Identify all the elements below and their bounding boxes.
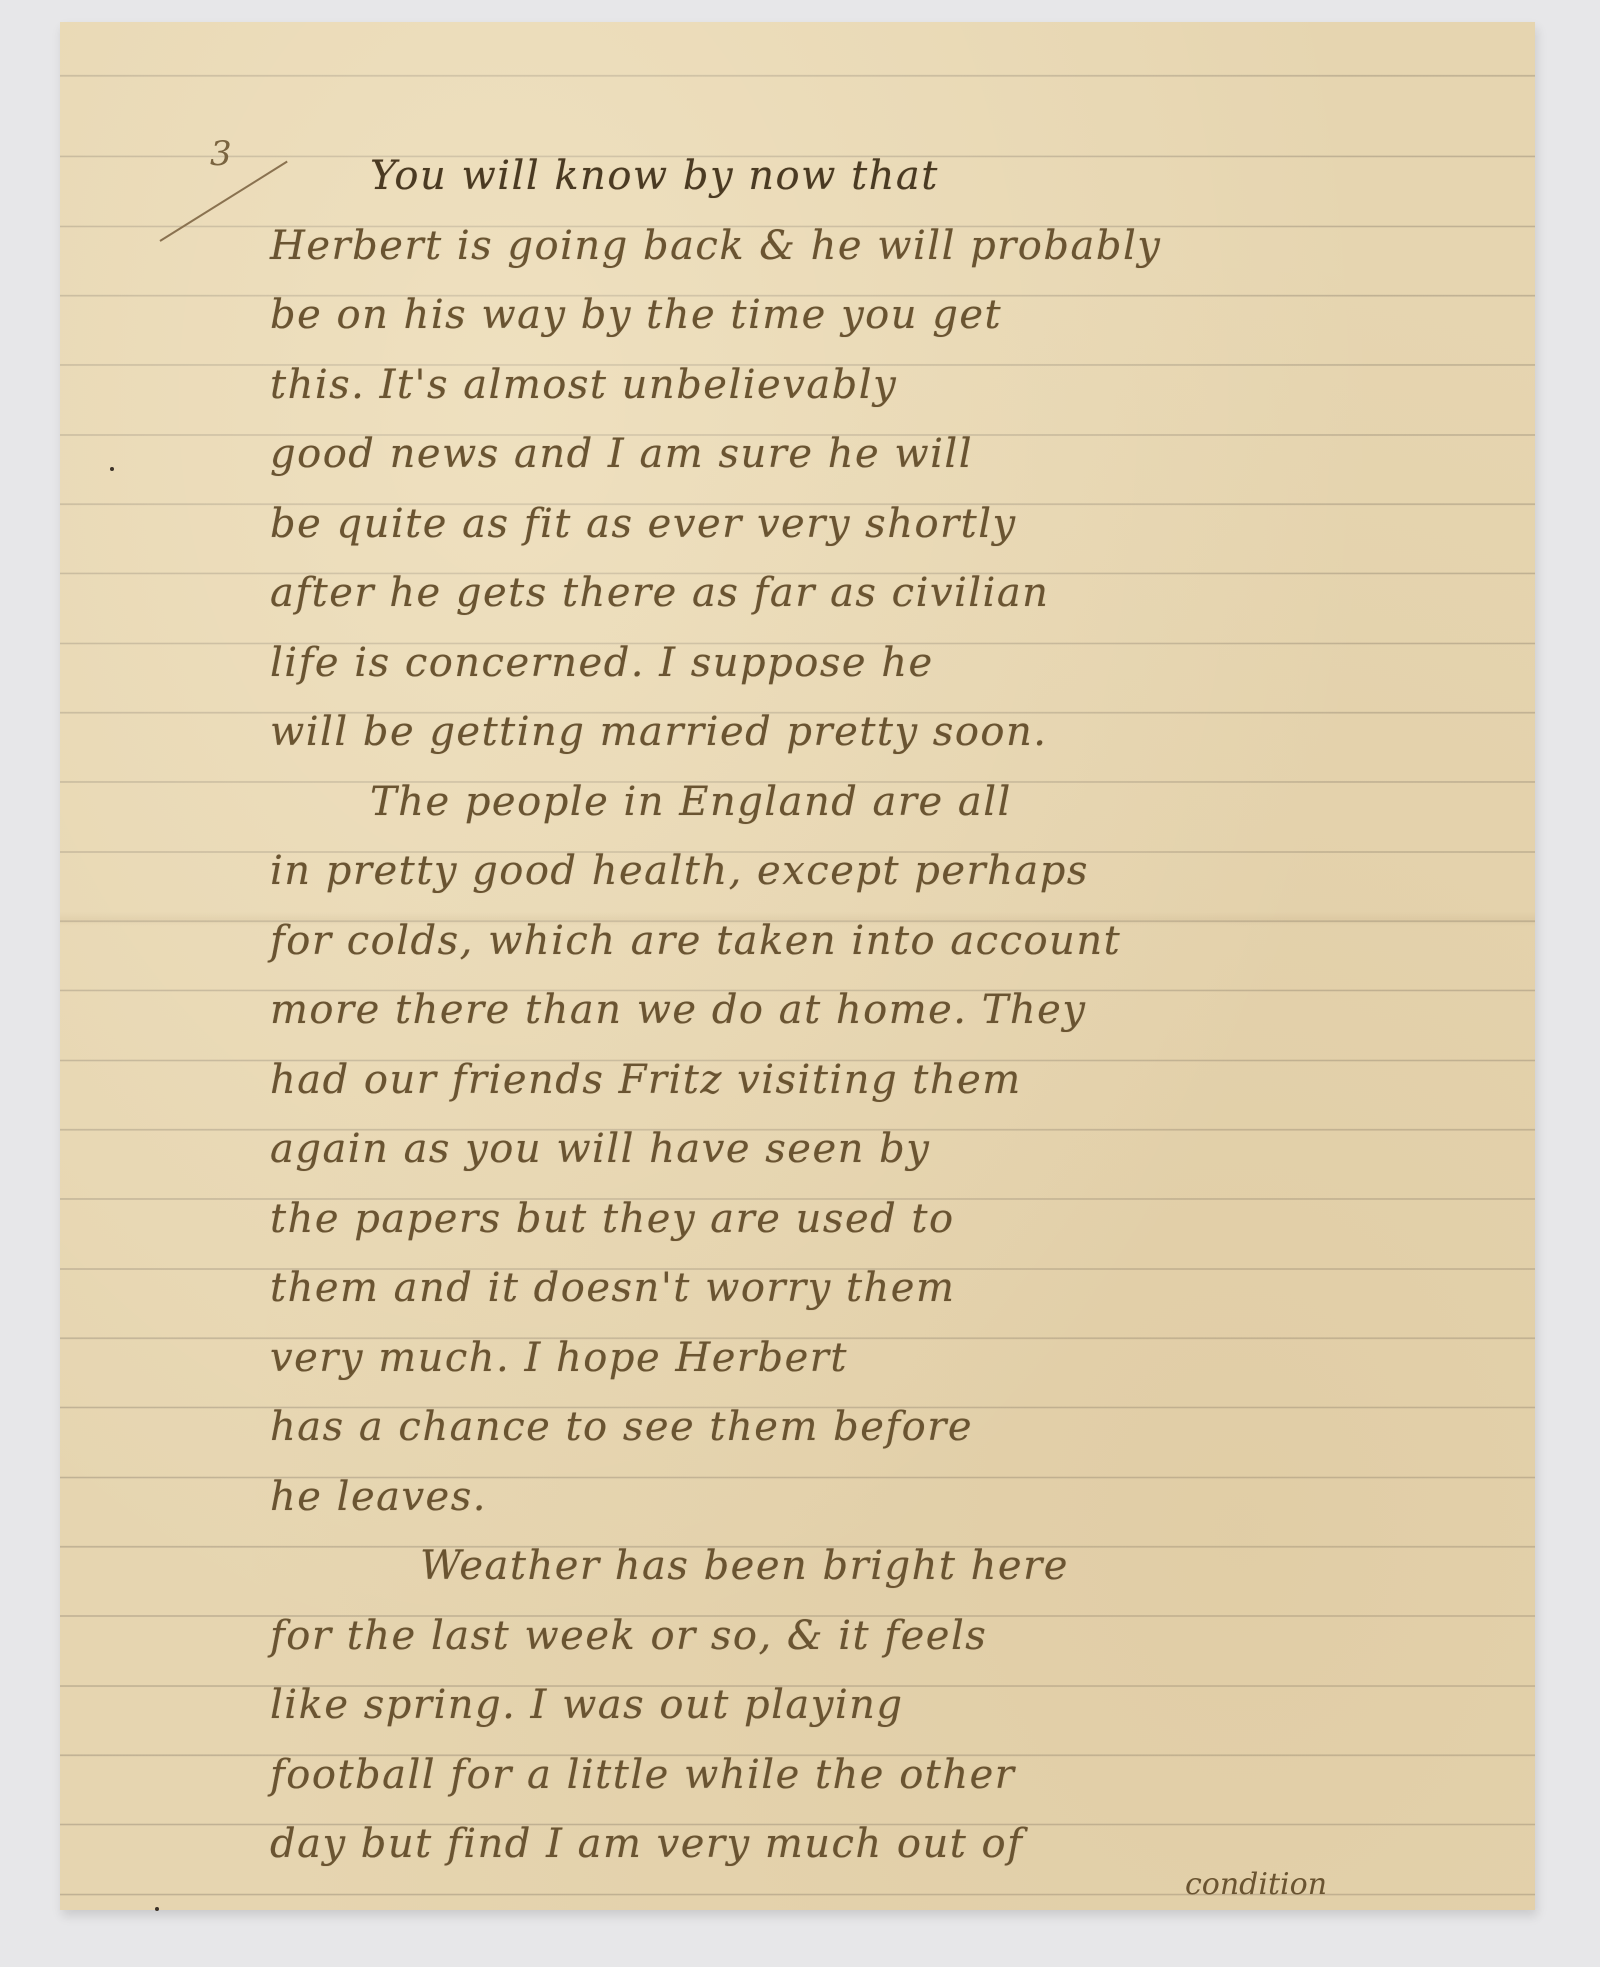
letter-line: day but find I am very much out of (270, 1810, 1560, 1880)
letter-line: like spring. I was out playing (270, 1671, 1560, 1741)
letter-line: will be getting married pretty soon. (270, 698, 1560, 768)
letter-line: football for a little while the other (270, 1741, 1560, 1811)
letter-line: has a chance to see them before (270, 1393, 1560, 1463)
letter-line: had our friends Fritz visiting them (270, 1046, 1560, 1116)
letter-line: good news and I am sure he will (270, 420, 1560, 490)
letter-line: be quite as fit as ever very shortly (270, 490, 1560, 560)
letter-line: You will know by now that (270, 142, 1560, 212)
ink-speck (110, 467, 114, 471)
letter-line: this. It's almost unbelievably (270, 351, 1560, 421)
letter-line: Weather has been bright here (270, 1532, 1560, 1602)
letter-line: them and it doesn't worry them (270, 1254, 1560, 1324)
letter-body: You will know by now that Herbert is goi… (270, 142, 1560, 1880)
continuation-word: condition (1185, 1867, 1327, 1902)
letter-line: very much. I hope Herbert (270, 1324, 1560, 1394)
letter-line: in pretty good health, except perhaps (270, 837, 1560, 907)
letter-page: 3 You will know by now that Herbert is g… (60, 22, 1535, 1910)
letter-line: after he gets there as far as civilian (270, 559, 1560, 629)
letter-line: the papers but they are used to (270, 1185, 1560, 1255)
letter-line: for the last week or so, & it feels (270, 1602, 1560, 1672)
letter-line: more there than we do at home. They (270, 976, 1560, 1046)
letter-line: life is concerned. I suppose he (270, 629, 1560, 699)
letter-line: again as you will have seen by (270, 1115, 1560, 1185)
letter-line: he leaves. (270, 1463, 1560, 1533)
letter-line: be on his way by the time you get (270, 281, 1560, 351)
ink-speck (155, 1907, 159, 1911)
letter-line: for colds, which are taken into account (270, 907, 1560, 977)
letter-line: Herbert is going back & he will probably (270, 212, 1560, 282)
letter-line: The people in England are all (270, 768, 1560, 838)
page-number: 3 (210, 134, 232, 174)
